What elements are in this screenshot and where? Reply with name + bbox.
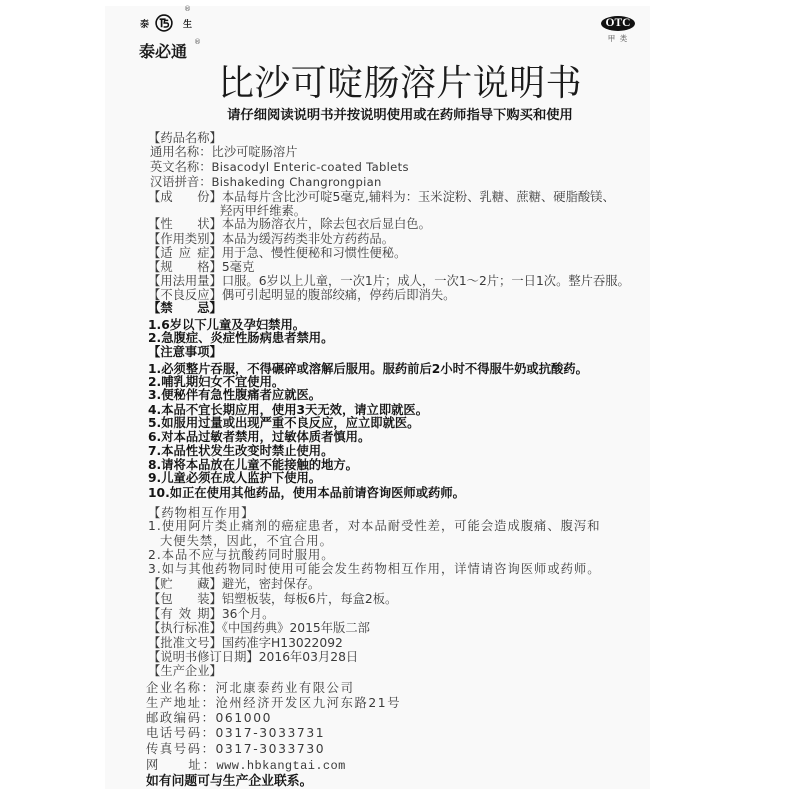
- pinyin-name-label: 汉语拼音: [150, 175, 199, 189]
- field-storage: 【贮藏】避光，密封保存。: [148, 576, 320, 592]
- field-value: 本品每片含比沙可啶5毫克,辅料为：玉米淀粉、乳糖、蔗糖、硬脂酸镁、: [222, 190, 615, 204]
- bracket-close: 】: [210, 232, 222, 246]
- otc-badge: OTC: [601, 16, 635, 31]
- field-label: 作用类别: [160, 232, 209, 246]
- bracket-open: 【: [148, 190, 160, 204]
- bracket-close: 】: [210, 577, 222, 591]
- manufacturer-label: 电话号码: [146, 726, 202, 740]
- field-value: 36个月。: [222, 607, 275, 621]
- manufacturer-label: 企业名称: [146, 681, 202, 695]
- english-name-label: 英文名称: [150, 160, 199, 174]
- field-value: 口服。6岁以上儿童，一次1片；成人，一次1～2片；一日1次。整片吞服。: [222, 274, 630, 288]
- brand-registered-mark: ®: [194, 38, 201, 46]
- manufacturer-website-row: 网址：www.hbkangtai.com: [146, 757, 346, 773]
- colon: ：: [202, 711, 216, 725]
- generic-name-label: 通用名称: [150, 145, 199, 159]
- page-title: 比沙可啶肠溶片说明书: [0, 63, 800, 105]
- colon: ：: [202, 742, 216, 756]
- bracket-close: 】: [210, 607, 222, 621]
- bracket-close: 】: [210, 345, 222, 359]
- bracket-close: 】: [210, 664, 222, 678]
- field-value: 5毫克: [222, 260, 254, 274]
- bracket-open: 【: [148, 621, 160, 635]
- page-subtitle: 请仔细阅读说明书并按说明使用或在药师指导下购买和使用: [0, 108, 800, 124]
- otc-category: 甲 类: [598, 33, 638, 44]
- field-value: 铝塑板装，每板6片，每盒2板。: [222, 592, 398, 606]
- english-name-row: 英文名称：Bisacodyl Enteric-coated Tablets: [150, 159, 409, 175]
- interaction-item: 1.使用阿片类止痛剂的癌症患者，对本品耐受性差，可能会造成腹痛、腹泻和: [148, 518, 601, 534]
- pinyin-name-value: Bishakeding Changrongpian: [212, 175, 382, 189]
- manufacturer-postcode-row: 邮政编码：061000: [146, 710, 272, 726]
- colon: ：: [203, 758, 217, 772]
- field-packaging: 【包装】铝塑板装，每板6片，每盒2板。: [148, 591, 397, 607]
- bracket-open: 【: [148, 217, 160, 231]
- bracket-close: 】: [210, 190, 222, 204]
- manufacturer-value: 沧州经济开发区九河东路21号: [216, 696, 402, 710]
- field-standard: 【执行标准】《中国药典》2015年版二部: [148, 620, 370, 636]
- colon: ：: [202, 726, 216, 740]
- manufacturer-value: 河北康泰药业有限公司: [216, 681, 355, 695]
- logo-right-char: 生: [183, 17, 192, 30]
- pinyin-name-row: 汉语拼音：Bishakeding Changrongpian: [150, 174, 382, 190]
- interaction-item: 3.如与其他药物同时使用可能会发生药物相互作用，详情请咨询医师或药师。: [148, 561, 601, 577]
- field-label: 用法用量: [160, 274, 209, 288]
- manufacturer-phone-row: 电话号码：0317-3033731: [146, 725, 325, 741]
- manufacturer-value: 0317-3033731: [216, 726, 326, 740]
- bracket-open: 【: [148, 260, 160, 274]
- manufacturer-website: www.hbkangtai.com: [217, 759, 346, 773]
- bracket-open: 【: [148, 592, 160, 606]
- bracket-close: 】: [210, 621, 222, 635]
- precaution-item: 9.儿童必须在成人监护下使用。: [148, 470, 321, 486]
- logo-left-char: 泰: [140, 17, 149, 30]
- field-ingredients: 【成份】本品每片含比沙可啶5毫克,辅料为：玉米淀粉、乳糖、蔗糖、硬脂酸镁、: [148, 189, 615, 205]
- section-header-text: 注意事项: [160, 345, 209, 359]
- manufacturer-value: 0317-3033730: [216, 742, 326, 756]
- bracket-close: 】: [210, 246, 222, 260]
- registered-mark: ®: [184, 5, 191, 13]
- section-header-precautions: 【注意事项】: [148, 344, 222, 360]
- section-header-text: 药品名称: [160, 131, 209, 145]
- manufacturer-address-row: 生产地址：沧州经济开发区九河东路21号: [146, 695, 401, 711]
- brand-logo-icon: [155, 14, 173, 32]
- bracket-open: 【: [148, 232, 160, 246]
- generic-name-row: 通用名称：比沙可啶肠溶片: [150, 144, 298, 160]
- precaution-item: 3.便秘伴有急性腹痛者应就医。: [148, 387, 321, 403]
- section-header-text: 生产企业: [160, 664, 209, 678]
- bracket-open: 【: [148, 131, 160, 145]
- bracket-open: 【: [148, 577, 160, 591]
- bracket-close: 】: [210, 592, 222, 606]
- bracket-close: 】: [210, 636, 222, 650]
- manufacturer-label: 邮政编码: [146, 711, 202, 725]
- manufacturer-fax-row: 传真号码：0317-3033730: [146, 741, 325, 757]
- bracket-close: 】: [210, 260, 222, 274]
- section-header-text: 禁忌: [160, 300, 234, 316]
- brand-name: 泰必通: [139, 42, 187, 62]
- field-value: 避光，密封保存。: [222, 577, 320, 591]
- bracket-open: 【: [148, 650, 160, 664]
- colon: ：: [199, 160, 211, 174]
- field-label: 执行标准: [160, 621, 209, 635]
- manufacturer-label: 生产地址: [146, 696, 202, 710]
- colon: ：: [202, 681, 216, 695]
- bracket-close: 】: [210, 131, 222, 145]
- section-header-contraindications: 【禁忌】: [148, 300, 222, 316]
- section-header-manufacturer: 【生产企业】: [148, 663, 222, 679]
- field-value: 偶可引起明显的腹部绞痛，停药后即消失。: [222, 288, 456, 302]
- manufacturer-value: 061000: [216, 711, 273, 725]
- english-name-value: Bisacodyl Enteric-coated Tablets: [212, 160, 409, 174]
- precaution-item: 10.如正在使用其他药品，使用本品前请咨询医师或药师。: [148, 485, 465, 501]
- field-value: 2016年03月28日: [259, 650, 358, 664]
- bracket-open: 【: [148, 607, 160, 621]
- generic-name-value: 比沙可啶肠溶片: [212, 145, 298, 159]
- bracket-close: 】: [246, 650, 258, 664]
- bracket-close: 】: [210, 301, 222, 315]
- field-value: 用于急、慢性便秘和习惯性便秘。: [222, 246, 406, 260]
- bracket-close: 】: [210, 274, 222, 288]
- contact-note: 如有问题可与生产企业联系。: [146, 774, 312, 790]
- field-description: 【性状】本品为肠溶衣片，除去包衣后显白色。: [148, 216, 431, 232]
- field-value: 本品为缓泻药类非处方药药品。: [222, 232, 394, 246]
- field-label: 批准文号: [160, 636, 209, 650]
- field-value: 本品为肠溶衣片，除去包衣后显白色。: [222, 217, 431, 231]
- bracket-open: 【: [148, 664, 160, 678]
- colon: ：: [199, 175, 211, 189]
- bracket-close: 】: [210, 217, 222, 231]
- manufacturer-company-row: 企业名称：河北康泰药业有限公司: [146, 680, 354, 696]
- bracket-open: 【: [148, 301, 160, 315]
- field-label: 说明书修订日期: [160, 650, 246, 664]
- manufacturer-label: 传真号码: [146, 742, 202, 756]
- bracket-open: 【: [148, 246, 160, 260]
- field-value: 《中国药典》2015年版二部: [222, 621, 370, 635]
- bracket-open: 【: [148, 636, 160, 650]
- field-value: 国药准字H13022092: [222, 636, 343, 650]
- bracket-open: 【: [148, 345, 160, 359]
- bracket-open: 【: [148, 274, 160, 288]
- colon: ：: [202, 696, 216, 710]
- colon: ：: [199, 145, 211, 159]
